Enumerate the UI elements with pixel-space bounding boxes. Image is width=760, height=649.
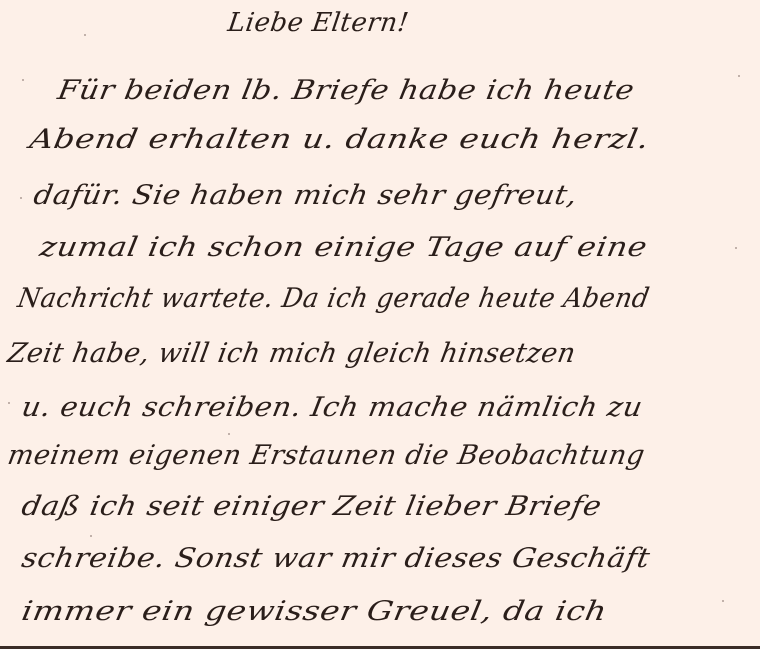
letter-line-3: dafür. Sie haben mich sehr gefreut,: [31, 180, 579, 211]
scan-speck: [22, 79, 24, 81]
scan-speck: [20, 197, 22, 199]
letter-line-8: meinem eigenen Erstaunen die Beobachtung: [5, 440, 647, 471]
letter-line-5: Nachricht wartete. Da ich gerade heute A…: [15, 283, 652, 314]
letter-line-11: immer ein gewisser Greuel, da ich: [19, 596, 609, 627]
letter-line-1: Für beiden lb. Briefe habe ich heute: [55, 75, 637, 106]
scan-speck: [735, 247, 737, 249]
letter-line-6: Zeit habe, will ich mich gleich hinsetze…: [5, 338, 578, 369]
letter-line-4: zumal ich schon einige Tage auf eine: [37, 232, 649, 263]
scan-speck: [8, 402, 10, 404]
letter-line-2: Abend erhalten u. danke euch herzl.: [27, 124, 651, 155]
letter-line-10: schreibe. Sonst war mir dieses Geschäft: [19, 543, 652, 574]
scan-speck: [738, 75, 740, 77]
letter-line-9: daß ich seit einiger Zeit lieber Briefe: [19, 491, 604, 522]
letter-page: Liebe Eltern! Für beiden lb. Briefe habe…: [0, 0, 760, 649]
letter-line-7: u. euch schreiben. Ich mache nämlich zu: [19, 392, 645, 423]
scan-speck: [722, 600, 724, 602]
letter-salutation: Liebe Eltern!: [226, 8, 411, 38]
scan-speck: [90, 535, 92, 537]
scan-speck: [228, 433, 230, 435]
scan-speck: [84, 34, 86, 36]
